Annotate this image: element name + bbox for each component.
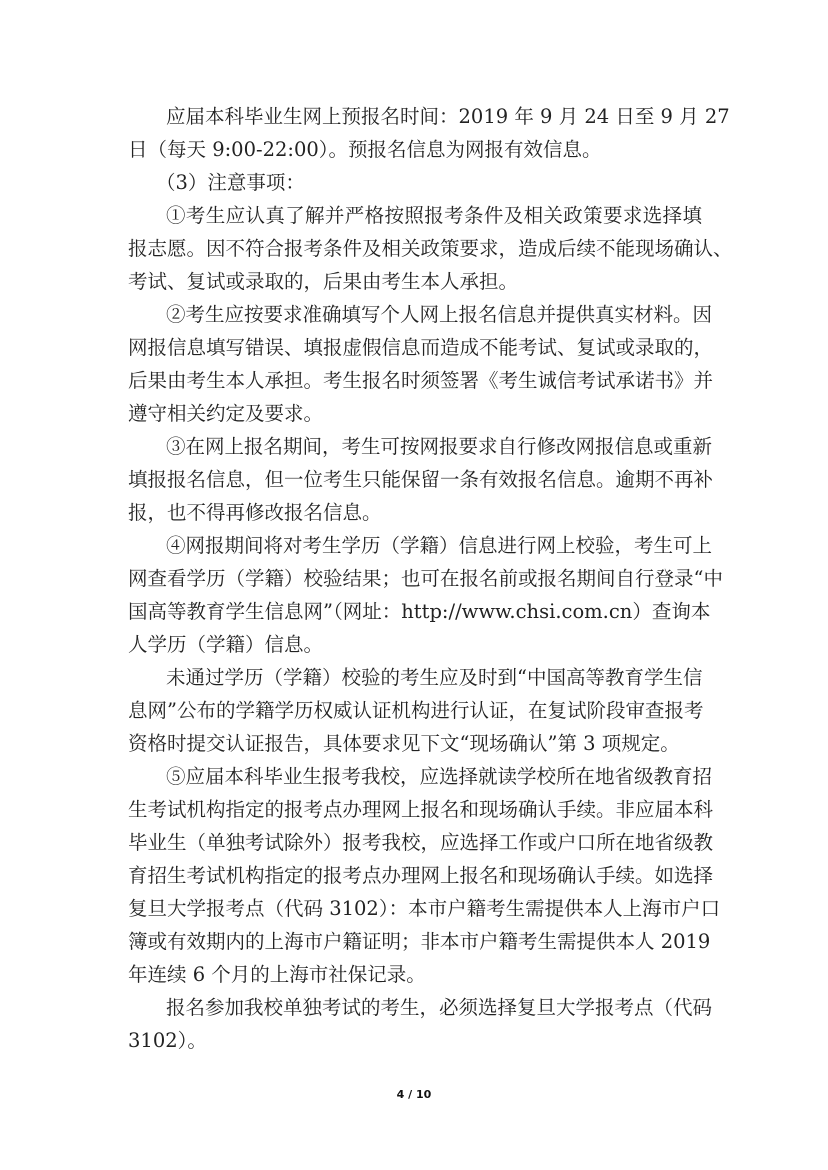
text-line: ②考生应按要求准确填写个人网上报名信息并提供真实材料。因	[128, 298, 702, 331]
text-line: 填报报名信息，但一位考生只能保留一条有效报名信息。逾期不再补	[128, 463, 702, 496]
text-line: 考试、复试或录取的，后果由考生本人承担。	[128, 265, 702, 298]
text-line: 国高等教育学生信息网”（网址：http://www.chsi.com.cn）查询…	[128, 595, 702, 628]
text-line: 资格时提交认证报告，具体要求见下文“现场确认”第 3 项规定。	[128, 727, 702, 760]
text-line: ④网报期间将对考生学历（学籍）信息进行网上校验，考生可上	[128, 529, 702, 562]
text-line: 3102）。	[128, 1024, 702, 1057]
text-line: 簿或有效期内的上海市户籍证明；非本市户籍考生需提供本人 2019	[128, 925, 702, 958]
text-line: 育招生考试机构指定的报考点办理网上报名和现场确认手续。如选择	[128, 859, 702, 892]
text-line: 遵守相关约定及要求。	[128, 397, 702, 430]
text-line: ①考生应认真了解并严格按照报考条件及相关政策要求选择填	[128, 199, 702, 232]
text-line: 毕业生（单独考试除外）报考我校，应选择工作或户口所在地省级教	[128, 826, 702, 859]
text-line: 网报信息填写错误、填报虚假信息而造成不能考试、复试或录取的，	[128, 331, 702, 364]
text-line: 网查看学历（学籍）校验结果；也可在报名前或报名期间自行登录“中	[128, 562, 702, 595]
text-line: ③在网上报名期间，考生可按网报要求自行修改网报信息或重新	[128, 430, 702, 463]
text-line: 生考试机构指定的报考点办理网上报名和现场确认手续。非应届本科	[128, 793, 702, 826]
text-line: 日（每天 9:00-22:00）。预报名信息为网报有效信息。	[128, 133, 702, 166]
text-line: ⑤应届本科毕业生报考我校，应选择就读学校所在地省级教育招	[128, 760, 702, 793]
text-line: 报志愿。因不符合报考条件及相关政策要求，造成后续不能现场确认、	[128, 232, 702, 265]
document-page: 应届本科毕业生网上预报名时间：2019 年 9 月 24 日至 9 月 27日（…	[0, 0, 828, 1170]
text-line: 后果由考生本人承担。考生报名时须签署《考生诚信考试承诺书》并	[128, 364, 702, 397]
text-line: 息网”公布的学籍学历权威认证机构进行认证，在复试阶段审查报考	[128, 694, 702, 727]
text-line: 报，也不得再修改报名信息。	[128, 496, 702, 529]
document-body: 应届本科毕业生网上预报名时间：2019 年 9 月 24 日至 9 月 27日（…	[128, 100, 702, 1057]
text-line: 报名参加我校单独考试的考生，必须选择复旦大学报考点（代码	[128, 991, 702, 1024]
text-line: （3）注意事项：	[128, 166, 702, 199]
text-line: 年连续 6 个月的上海市社保记录。	[128, 958, 702, 991]
text-line: 复旦大学报考点（代码 3102）：本市户籍考生需提供本人上海市户口	[128, 892, 702, 925]
text-line: 应届本科毕业生网上预报名时间：2019 年 9 月 24 日至 9 月 27	[128, 100, 702, 133]
page-number: 4 / 10	[0, 1088, 828, 1101]
text-line: 人学历（学籍）信息。	[128, 628, 702, 661]
text-line: 未通过学历（学籍）校验的考生应及时到“中国高等教育学生信	[128, 661, 702, 694]
